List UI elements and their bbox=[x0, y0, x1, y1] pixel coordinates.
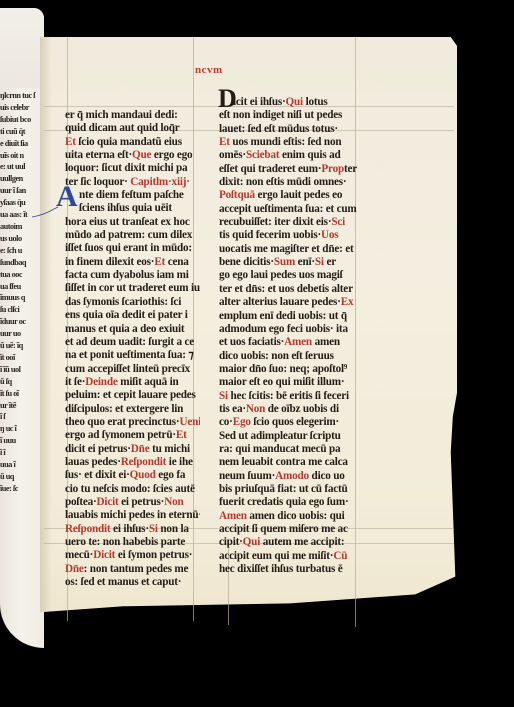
text-line: ra: qui manducat mecū pa bbox=[219, 443, 367, 456]
text-line: e: ut uul bbox=[0, 161, 40, 173]
text-line: ĩ uuu bbox=[0, 435, 40, 447]
gutter-shadow bbox=[40, 37, 52, 630]
text-line: mūdo ad patrem: cum dilex bbox=[65, 229, 200, 242]
line-text: mūdo ad patrem: cum dilex bbox=[65, 229, 192, 241]
text-line: uua ĩ bbox=[0, 459, 40, 471]
line-text: admodum ego feci uobis· ita bbox=[219, 323, 348, 335]
rubric-text: Sci bbox=[331, 216, 345, 228]
line-text: hec ſcitis: bē eritis ſi feceri bbox=[228, 390, 349, 402]
rubric-text: Reſpondit bbox=[65, 523, 110, 535]
text-line: go ego laui pedes uos magiſ bbox=[219, 269, 367, 282]
line-text: tis ea· bbox=[219, 403, 246, 415]
line-text: ego fa bbox=[156, 469, 186, 481]
line-text: ei ihſus· bbox=[110, 523, 148, 535]
line-text: go ego laui pedes uos magiſ bbox=[219, 269, 343, 281]
line-text: bene dicitis· bbox=[219, 256, 274, 268]
rubric-text: Et bbox=[154, 256, 165, 268]
text-line: uĩs oit n bbox=[0, 150, 40, 162]
line-text: accepit ueſtimenta ſua: et cum bbox=[219, 203, 357, 215]
text-line: peluim: et cepit lauare pedes bbox=[65, 389, 200, 402]
line-text: recubuiſſet: iter dixit eis· bbox=[219, 216, 331, 228]
rubric-text: Dn̄e bbox=[131, 443, 150, 455]
text-line: loquor: ſicut dixit michi pa bbox=[65, 162, 200, 175]
line-text: lauas pedes· bbox=[65, 456, 121, 468]
text-line: ĩmuus q bbox=[0, 292, 40, 304]
text-line: ur ĩtẽ bbox=[0, 400, 40, 412]
line-text: das ſymonis ſcariothis: ſci bbox=[65, 296, 181, 308]
text-line: tis quid fecerim uobis·Uos bbox=[219, 229, 367, 242]
line-text: ergo lauit pedes eo bbox=[255, 189, 342, 201]
text-line: er q̄ mich mandaui dedi: bbox=[65, 109, 200, 122]
left-page-fragment: ŋlcrnn tuc ſuis celebrſubiut bcoti cuũ q… bbox=[0, 8, 44, 648]
text-line: lauabis michi pedes in eternū· bbox=[65, 509, 200, 522]
line-text: quid dicam aut quid loq̄r bbox=[65, 122, 180, 134]
text-line: hora eius ut tranſeat ex hoc bbox=[65, 216, 200, 229]
rubric-text: Dicit bbox=[93, 549, 115, 561]
line-text: emplum enī dedi uobis: ut q̄ bbox=[219, 310, 347, 322]
text-line: admodum ego feci uobis· ita bbox=[219, 323, 367, 336]
line-text: cipit· bbox=[219, 536, 243, 548]
text-line: nem leuabit contra me calca bbox=[219, 456, 367, 469]
text-line: Si hec ſcitis: bē eritis ſi feceri bbox=[219, 390, 367, 403]
text-line: ti cuũ q̄t bbox=[0, 126, 40, 138]
rubric-text: Poſtquā bbox=[219, 189, 255, 201]
text-line: ĩduur oc bbox=[0, 316, 40, 328]
text-line: quid dicam aut quid loq̄r bbox=[65, 122, 200, 135]
text-line: Sed ut adimpleatur ſcriptu bbox=[219, 430, 367, 443]
text-line: ter et dn̄s: et uos debetis alter bbox=[219, 283, 367, 296]
line-text: uocatis me magiſter et dn̄e: et bbox=[219, 243, 354, 255]
line-text: uero te: non habebis parte bbox=[65, 536, 185, 548]
rubric-text: Reſpondit bbox=[121, 456, 166, 468]
line-text: loquor: ſicut dixit michi pa bbox=[65, 162, 187, 174]
line-text: ergo ad ſymonem petrū· bbox=[65, 429, 176, 441]
line-text: bis priuſquā fiat: ut cū factū bbox=[219, 483, 348, 495]
text-line: Reſpondit ei ihſus·Si non la bbox=[65, 523, 200, 536]
text-line: cipit·Qui autem me accipit: bbox=[219, 536, 367, 549]
line-text: lauabis michi pedes in eternū· bbox=[65, 509, 200, 521]
rubric-text: Ego bbox=[233, 416, 251, 428]
text-line: facta cum dyabolus iam mi bbox=[65, 269, 200, 282]
line-text: Sed ut adimpleatur ſcriptu bbox=[219, 430, 341, 442]
rubric-text: Si bbox=[315, 256, 324, 268]
text-line: dicit ei petrus·Dn̄e tu michi bbox=[65, 443, 200, 456]
line-text: neum ſuum· bbox=[219, 470, 275, 482]
line-text: dicit ei petrus· bbox=[65, 443, 131, 455]
rubric-text: Uos bbox=[321, 229, 338, 241]
line-text: diſcipulos: et extergere lin bbox=[65, 403, 183, 415]
text-line: ũ uẽ: ĩq bbox=[0, 340, 40, 352]
line-text: accipit eum qui me miſit· bbox=[219, 550, 333, 562]
text-line: Poſtquā ergo lauit pedes eo bbox=[219, 189, 367, 202]
line-text: et uos faciatis· bbox=[219, 336, 284, 348]
line-text: ergo ego bbox=[151, 149, 192, 161]
line-text: eſt non indiget niſi ut pedes bbox=[219, 109, 342, 121]
line-text: cena bbox=[165, 256, 189, 268]
line-text: tu michi bbox=[149, 443, 189, 455]
line-text: dico uo bbox=[309, 470, 345, 482]
line-text: iſſet ſuos qui erant in mūdo: bbox=[65, 242, 192, 254]
rubric-text: Ex bbox=[341, 296, 354, 308]
rubric-text: Sum bbox=[274, 256, 295, 268]
rubric-text: Deinde bbox=[85, 376, 117, 388]
line-text: ens quia oīa dedit ei pater i bbox=[65, 309, 188, 321]
text-line: ĩt ſu oĩ bbox=[0, 388, 40, 400]
line-text: ei petrus· bbox=[119, 496, 165, 508]
line-text: ei ſymon petrus· bbox=[115, 549, 192, 561]
text-line: na et ponit ueſtimenta ſua: ⁊ bbox=[65, 349, 200, 362]
text-line: uero te: non habebis parte bbox=[65, 536, 200, 549]
text-line: alter alterius lauare pedes·Ex bbox=[219, 296, 367, 309]
text-line: uocatis me magiſter et dn̄e: et bbox=[219, 243, 367, 256]
line-text: ſus· et dixit ei· bbox=[65, 469, 130, 481]
text-line: uur uo bbox=[0, 328, 40, 340]
text-line: ũ ſq bbox=[0, 376, 40, 388]
text-column-b: icit ei ihſus·Qui lotuseſt non indiget n… bbox=[219, 96, 367, 576]
rubric-text: Et bbox=[176, 429, 187, 441]
rubric-text: Que bbox=[132, 149, 151, 161]
line-text: os: ſed et manus et caput· bbox=[65, 576, 181, 588]
line-text: dico uobis: non eſt ſeruus bbox=[219, 350, 334, 362]
text-line: us uolo bbox=[0, 233, 40, 245]
text-line: accipit ſi quem miſero me ac bbox=[219, 523, 367, 536]
rubric-text: Si bbox=[219, 390, 228, 402]
line-text: non la bbox=[158, 523, 189, 535]
text-line: uur ĩ ſan bbox=[0, 185, 40, 197]
line-text: de oībz uobis di bbox=[265, 403, 339, 415]
text-line: autoim bbox=[0, 221, 40, 233]
line-text: it ſe· bbox=[65, 376, 85, 388]
line-text: ſiſſet in cor ut traderet eum iu bbox=[65, 282, 200, 294]
line-text: hec dixiſſet ihſus turbatus ē bbox=[219, 563, 343, 575]
line-text: nte diem feſtum paſche bbox=[79, 189, 184, 201]
line-text: maior dn̄o ſuo: neq; apoſtol⁹ bbox=[219, 363, 347, 375]
line-text: manus et quia a deo exiuit bbox=[65, 323, 184, 335]
text-line: manus et quia a deo exiuit bbox=[65, 323, 200, 336]
text-line: it ſe·Deinde miſit aquā in bbox=[65, 376, 200, 389]
line-text: na et ponit ueſtimenta ſua: ⁊ bbox=[65, 349, 194, 361]
text-line: hec dixiſſet ihſus turbatus ē bbox=[219, 563, 367, 576]
text-line: iſſet ſuos qui erant in mūdo: bbox=[65, 242, 200, 255]
text-line: uis celebr bbox=[0, 102, 40, 114]
text-line: accipit eum qui me miſit·Cū bbox=[219, 550, 367, 563]
text-line: e: ſch u bbox=[0, 245, 40, 257]
text-line: ſus· et dixit ei·Quod ego fa bbox=[65, 469, 200, 482]
text-line: ŋlcrnn tuc ſ bbox=[0, 90, 40, 102]
rubric-text: Amen bbox=[284, 336, 312, 348]
rubric-text: Non bbox=[246, 403, 265, 415]
line-text: maior eſt eo qui miſit illum· bbox=[219, 376, 344, 388]
text-line: in finem dilexit eos·Et cena bbox=[65, 256, 200, 269]
text-line: ŋ uc ĩ bbox=[0, 423, 40, 435]
text-line: bene dicitis·Sum enī·Si er bbox=[219, 256, 367, 269]
text-line: maior eſt eo qui miſit illum· bbox=[219, 376, 367, 389]
line-text: icit ei ihſus· bbox=[233, 96, 286, 108]
text-line: Dn̄e: non tantum pedes me bbox=[65, 563, 200, 576]
line-text: alter alterius lauare pedes· bbox=[219, 296, 341, 308]
line-text: peluim: et cepit lauare pedes bbox=[65, 389, 196, 401]
left-page-text: ŋlcrnn tuc ſuis celebrſubiut bcoti cuũ q… bbox=[0, 90, 40, 495]
line-text: lotus bbox=[303, 96, 328, 108]
text-line: theo quo erat precinctus·Uenit bbox=[65, 416, 200, 429]
line-text: accipit ſi quem miſero me ac bbox=[219, 523, 348, 535]
text-line: ua ſfeu bbox=[0, 281, 40, 293]
line-text: autem me accipit: bbox=[260, 536, 344, 548]
rubric-text: Dicit bbox=[97, 496, 119, 508]
text-line: das ſymonis ſcariothis: ſci bbox=[65, 296, 200, 309]
text-line: neum ſuum·Amodo dico uo bbox=[219, 470, 367, 483]
line-text: ie ihe bbox=[166, 456, 193, 468]
line-text: dixit: non eſtis mūdi omnes· bbox=[219, 176, 346, 188]
rubric-text: Si bbox=[149, 523, 158, 535]
line-text: miſit aquā in bbox=[118, 376, 179, 388]
text-line: et uos faciatis·Amen amen bbox=[219, 336, 367, 349]
rubric-text: Amen bbox=[219, 510, 247, 522]
pen-flourish-icon bbox=[30, 205, 60, 219]
text-line: ſubiut bco bbox=[0, 114, 40, 126]
text-line: cum accepiſſet linteū precīx bbox=[65, 363, 200, 376]
text-line: Amen amen dico uobis: qui bbox=[219, 510, 367, 523]
line-text: ſcio quia mandatũ eius bbox=[76, 136, 182, 148]
text-line: icit ei ihſus·Qui lotus bbox=[219, 96, 367, 109]
text-line: cio tu neſcis modo: ſcies autē bbox=[65, 483, 200, 496]
line-text: mecū· bbox=[65, 549, 93, 561]
text-line: Et ſcio quia mandatũ eius bbox=[65, 136, 200, 149]
text-line: co·Ego ſcio quos elegerim· bbox=[219, 416, 367, 429]
line-text: lauet: ſed eſt mūdus totus· bbox=[219, 123, 338, 135]
text-line: ſundbaq bbox=[0, 257, 40, 269]
text-line: tua ooc bbox=[0, 269, 40, 281]
text-line: mecū·Dicit ei ſymon petrus· bbox=[65, 549, 200, 562]
rubric-text: Quod bbox=[130, 469, 156, 481]
text-line: lauas pedes·Reſpondit ie ihe bbox=[65, 456, 200, 469]
text-line: eſt non indiget niſi ut pedes bbox=[219, 109, 367, 122]
line-text: ſcio quos elegerim· bbox=[251, 416, 339, 428]
rubric-text: Sciebat bbox=[246, 149, 279, 161]
rubric-text: Qui bbox=[243, 536, 260, 548]
text-line: accepit ueſtimenta ſua: et cum bbox=[219, 203, 367, 216]
text-line: ĩ ſ bbox=[0, 411, 40, 423]
line-text: eſſet qui traderet eum· bbox=[219, 163, 321, 175]
line-text: facta cum dyabolus iam mi bbox=[65, 269, 189, 281]
text-line: diſcipulos: et extergere lin bbox=[65, 403, 200, 416]
line-text: enim quis ad bbox=[279, 149, 340, 161]
text-line: uullgen bbox=[0, 173, 40, 185]
text-line: ter ſic loquor· Capitlm·xiij· bbox=[65, 176, 200, 189]
text-line: recubuiſſet: iter dixit eis·Sci bbox=[219, 216, 367, 229]
line-text: theo quo erat precinctus· bbox=[65, 416, 179, 428]
line-text: poſtea· bbox=[65, 496, 97, 508]
text-line: ĩ ĩ bbox=[0, 447, 40, 459]
text-line: omēs·Sciebat enim quis ad bbox=[219, 149, 367, 162]
text-line: os: ſed et manus et caput· bbox=[65, 576, 200, 589]
text-line: ĩue: ſc bbox=[0, 483, 40, 495]
line-text: omēs· bbox=[219, 149, 246, 161]
rubric-text: Dn̄e bbox=[65, 563, 84, 575]
line-text: amen bbox=[312, 336, 340, 348]
text-line: Et uos mundi eſtis: ſed non bbox=[219, 136, 367, 149]
line-text: in finem dilexit eos· bbox=[65, 256, 154, 268]
rubric-text: Uenit bbox=[179, 416, 200, 428]
line-text: uita eterna eſt· bbox=[65, 149, 132, 161]
line-text: uos mundi eſtis: ſed non bbox=[230, 136, 342, 148]
text-line: ũ uq bbox=[0, 471, 40, 483]
text-line: ſu clſci bbox=[0, 304, 40, 316]
rubric-text: Amodo bbox=[275, 470, 309, 482]
text-line: e diuĩt ſia bbox=[0, 138, 40, 150]
line-text: er q̄ mich mandaui dedi: bbox=[65, 109, 178, 121]
text-line: dixit: non eſtis mūdi omnes· bbox=[219, 176, 367, 189]
rubric-text: Et bbox=[65, 136, 76, 148]
text-line: dico uobis: non eſt ſeruus bbox=[219, 350, 367, 363]
text-line: nte diem feſtum paſche bbox=[65, 189, 200, 202]
line-text: ter ſic loquor· bbox=[65, 176, 128, 188]
text-line: eſſet qui traderet eum·Propter bbox=[219, 163, 367, 176]
page-curl bbox=[0, 8, 44, 88]
line-text: ter bbox=[344, 163, 357, 175]
text-line: ergo ad ſymonem petrū·Et bbox=[65, 429, 200, 442]
text-line: et ad deum uadit: ſurgit a ce bbox=[65, 336, 200, 349]
text-line: uita eterna eſt·Que ergo ego bbox=[65, 149, 200, 162]
text-line: maior dn̄o ſuo: neq; apoſtol⁹ bbox=[219, 363, 367, 376]
text-line: ĩt ooĩ bbox=[0, 352, 40, 364]
line-text: ter et dn̄s: et uos debetis alter bbox=[219, 283, 353, 295]
line-text: fuerit credatis quia ego ſum· bbox=[219, 496, 348, 508]
line-text: amen dico uobis: qui bbox=[247, 510, 345, 522]
line-text: cum accepiſſet linteū precīx bbox=[65, 363, 190, 375]
line-text: co· bbox=[219, 416, 233, 428]
line-text: er bbox=[324, 256, 336, 268]
line-text: ra: qui manducat mecū pa bbox=[219, 443, 340, 455]
line-text: enī· bbox=[295, 256, 315, 268]
text-line: ĩ ĩũ uol bbox=[0, 364, 40, 376]
rubric-text: Prop bbox=[321, 163, 344, 175]
line-text: : non tantum pedes me bbox=[84, 563, 189, 575]
text-line: ens quia oīa dedit ei pater i bbox=[65, 309, 200, 322]
line-text: ſciens ihſus quia uēit bbox=[79, 202, 172, 214]
text-line: ſciens ihſus quia uēit bbox=[65, 202, 200, 215]
text-line: fuerit credatis quia ego ſum· bbox=[219, 496, 367, 509]
rubric-text: Non bbox=[164, 496, 183, 508]
text-line: emplum enī dedi uobis: ut q̄ bbox=[219, 310, 367, 323]
rubric-text: Qui bbox=[286, 96, 303, 108]
text-line: bis priuſquā fiat: ut cū factū bbox=[219, 483, 367, 496]
line-text: nem leuabit contra me calca bbox=[219, 456, 348, 468]
line-text: hora eius ut tranſeat ex hoc bbox=[65, 216, 190, 228]
text-column-a: er q̄ mich mandaui dedi:quid dicam aut q… bbox=[65, 109, 200, 589]
text-line: ſiſſet in cor ut traderet eum iu bbox=[65, 282, 200, 295]
line-text: et ad deum uadit: ſurgit a ce bbox=[65, 336, 194, 348]
text-line: lauet: ſed eſt mūdus totus· bbox=[219, 123, 367, 136]
line-text: tis quid fecerim uobis· bbox=[219, 229, 321, 241]
text-line: poſtea·Dicit ei petrus·Non bbox=[65, 496, 200, 509]
text-line: tis ea·Non de oībz uobis di bbox=[219, 403, 367, 416]
rubric-text: Et bbox=[219, 136, 230, 148]
running-head: ncvm bbox=[195, 64, 223, 76]
rubric-text: Capitlm·xiij· bbox=[128, 176, 190, 188]
rubric-text: Cū bbox=[333, 550, 347, 562]
line-text: cio tu neſcis modo: ſcies autē bbox=[65, 483, 195, 495]
